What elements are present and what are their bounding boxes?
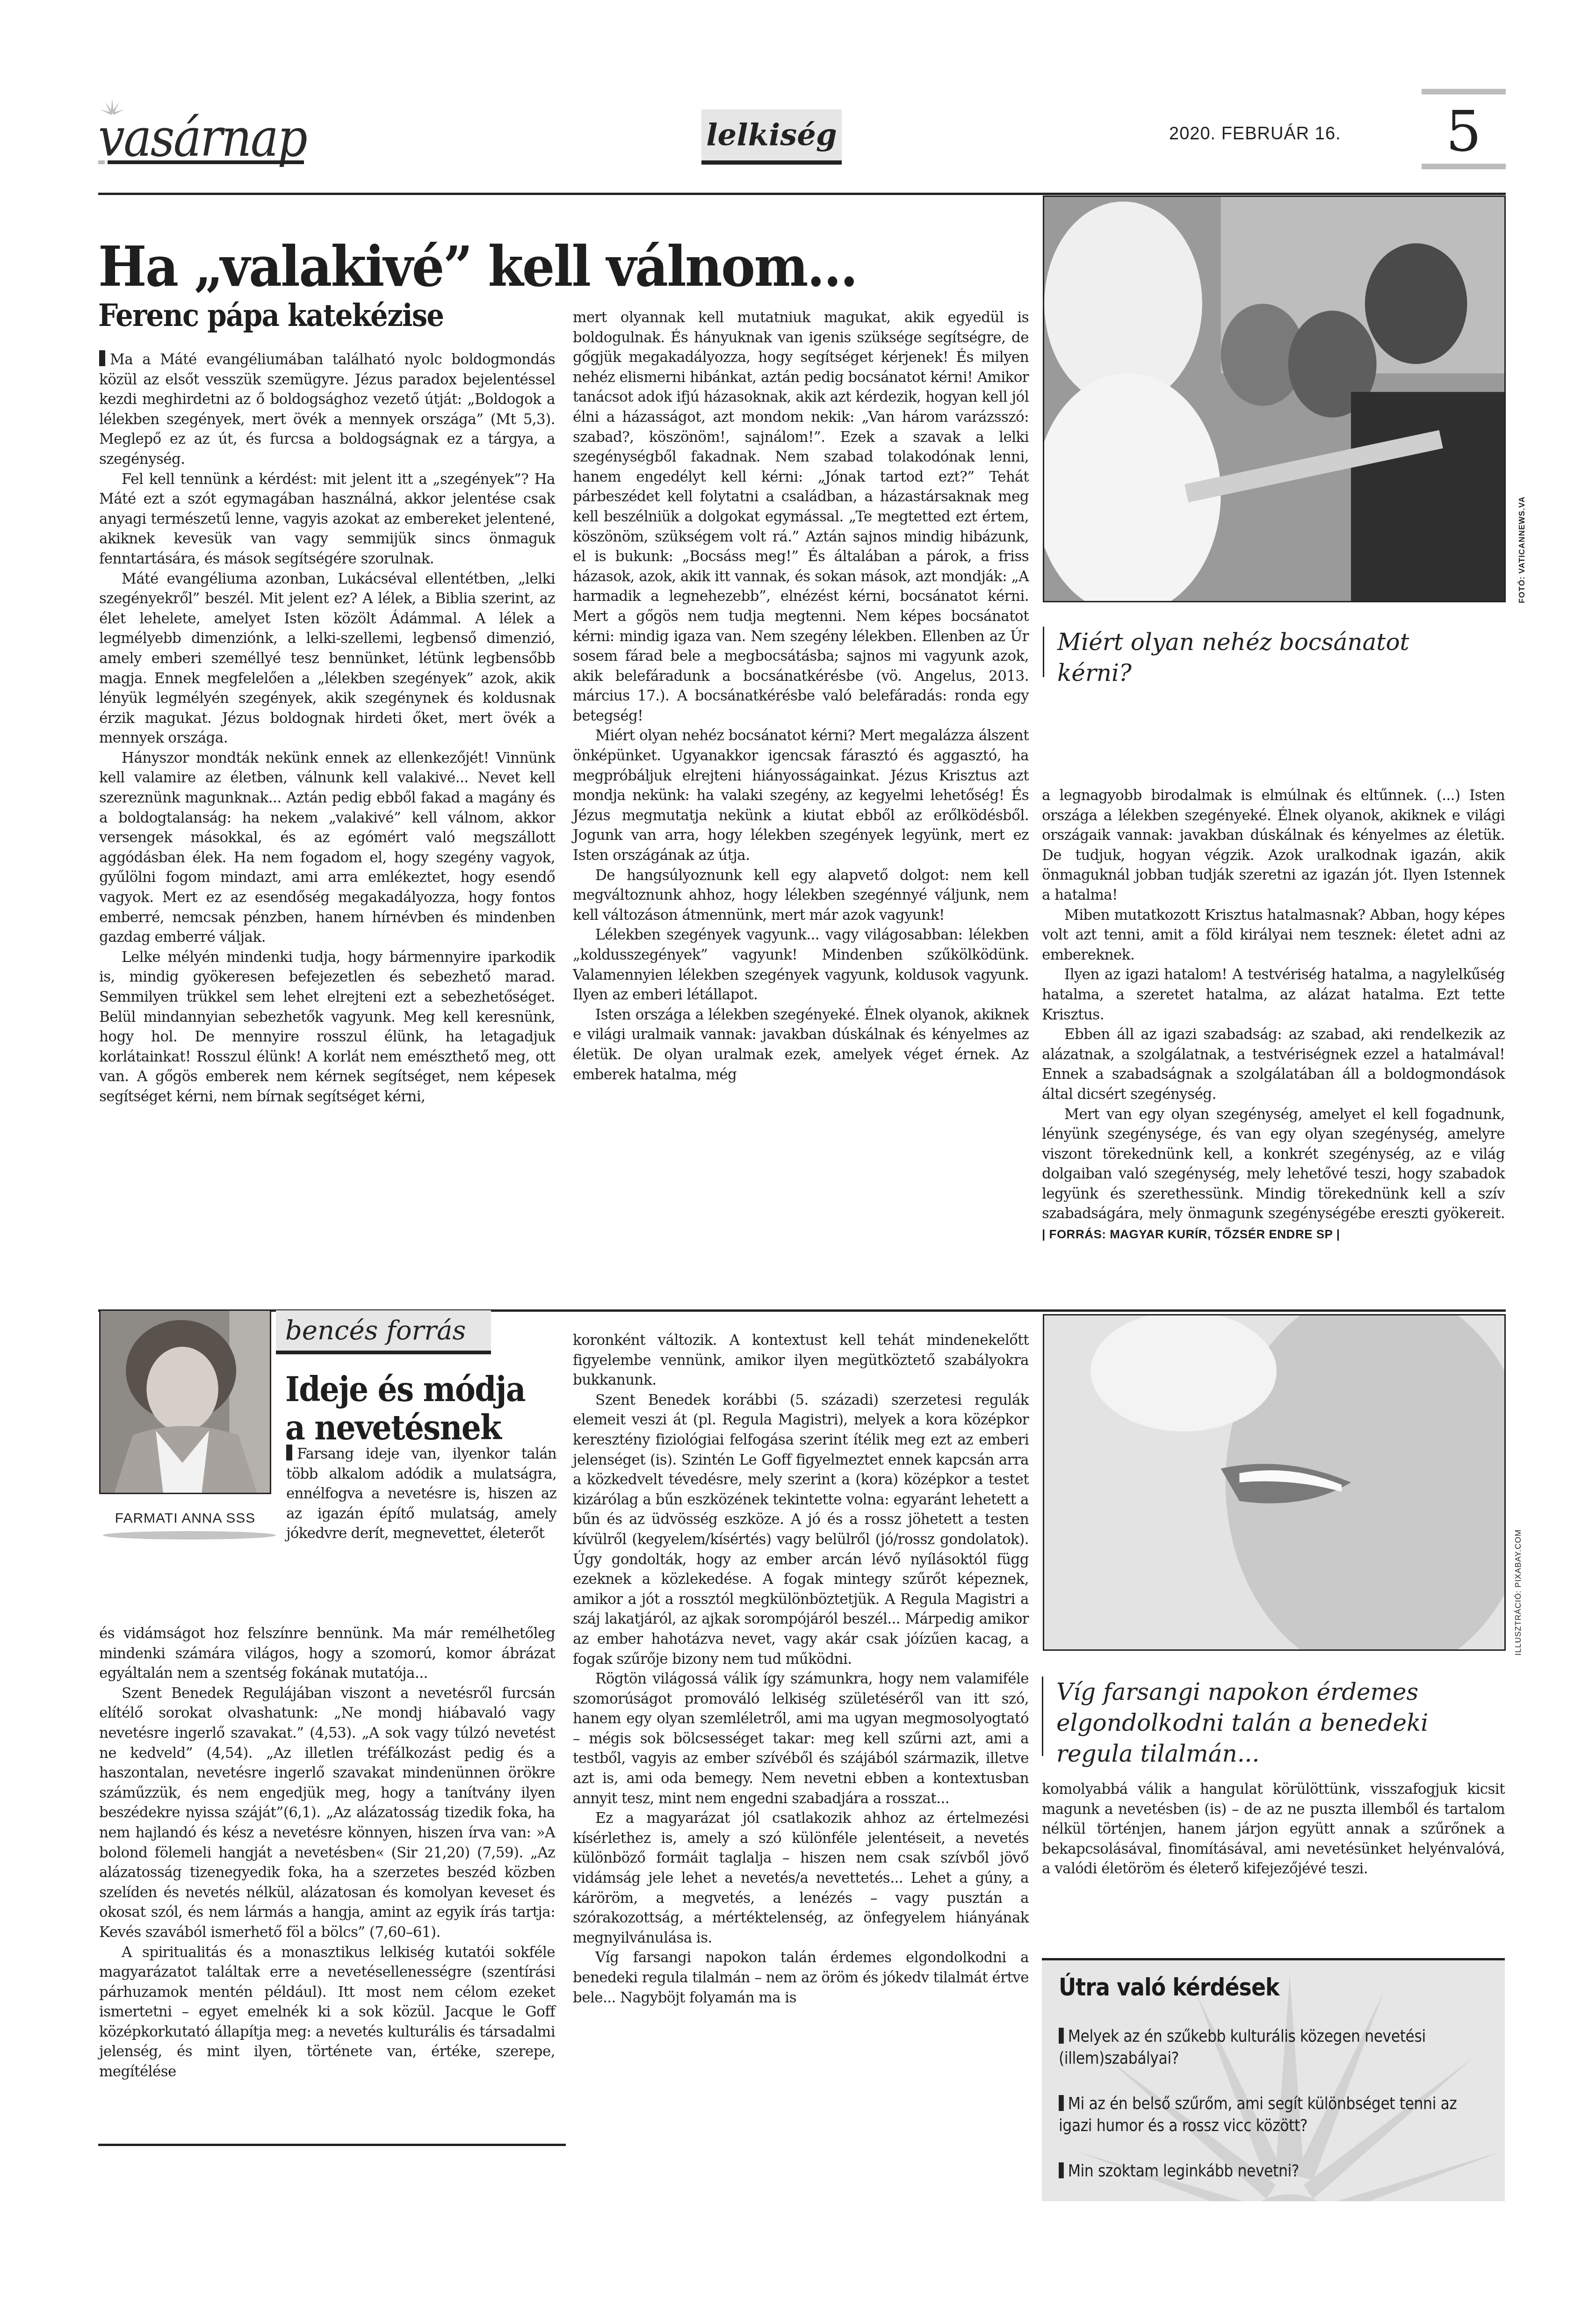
bullet-marker-icon xyxy=(1059,2028,1064,2044)
newspaper-logo: vasárnap xyxy=(98,98,351,164)
article-column-1: és vidámságot hoz felszínre bennünk. Ma … xyxy=(99,1624,555,2082)
question-item: Mi az én belső szűrőm, ami segít különbs… xyxy=(1059,2093,1488,2137)
article-column-2: mert olyannak kell mutatniuk magukat, ak… xyxy=(573,308,1029,1084)
author-byline: FARMATI ANNA SSS xyxy=(99,1511,271,1526)
illustration-photo xyxy=(1043,1314,1506,1651)
logo-underline xyxy=(108,160,304,164)
header-divider xyxy=(98,193,1506,195)
article-column-1: Ma a Máté evangéliumában található nyolc… xyxy=(99,350,555,1107)
lead-marker-icon xyxy=(99,350,105,366)
article-source: | FORRÁS: MAGYAR KURÍR, TŐZSÉR ENDRE SP … xyxy=(1042,1227,1340,1241)
paragraph: Szent Benedek Regulájában viszont a neve… xyxy=(99,1684,555,1943)
paragraph: Mert van egy olyan szegénység, amelyet e… xyxy=(1042,1105,1505,1244)
question-item: Melyek az én szűkebb kulturális közegen … xyxy=(1059,2026,1488,2070)
article-column-2: koronként változik. A kontextust kell te… xyxy=(573,1330,1029,2008)
paragraph: Ma a Máté evangéliumában található nyolc… xyxy=(99,350,555,470)
paragraph: Lelke mélyén mindenki tudja, hogy bármen… xyxy=(99,947,555,1107)
questions-box: Útra való kérdések Melyek az én szűkebb … xyxy=(1042,1958,1505,2201)
paragraph: Ebben áll az igazi szabadság: az szabad,… xyxy=(1042,1025,1505,1104)
section-label-text: lelkiség xyxy=(706,117,837,152)
article-column-3: komolyabbá válik a hangulat körülöttünk,… xyxy=(1042,1779,1505,1879)
paragraph: Máté evangéliuma azonban, Lukácséval ell… xyxy=(99,569,555,748)
article-headline: Ideje és módja a nevetésnek xyxy=(285,1370,526,1447)
pull-quote: Víg farsangi napokon érdemes elgondolkod… xyxy=(1042,1677,1463,1756)
logo-wordmark: vasárnap xyxy=(98,108,306,168)
paragraph: Miért olyan nehéz bocsánatot kérni? Mert… xyxy=(573,726,1029,865)
pull-quote: Miért olyan nehéz bocsánatot kérni? xyxy=(1043,627,1464,677)
article-subheadline: Ferenc pápa katekézise xyxy=(98,297,443,333)
photo-credit: FOTÓ: VATICANNEWS.VA xyxy=(1517,496,1527,603)
paragraph: De hangsúlyoznunk kell egy alapvető dolg… xyxy=(573,866,1029,925)
questions-list: Melyek az én szűkebb kulturális közegen … xyxy=(1059,2026,1489,2201)
paragraph: Farsang ideje van, ilyenkor talán több a… xyxy=(286,1444,556,1544)
paragraph: Lélekben szegények vagyunk... vagy világ… xyxy=(573,925,1029,1005)
paragraph: Víg farsangi napokon talán érdemes elgon… xyxy=(573,1948,1029,2008)
paragraph: komolyabbá válik a hangulat körülöttünk,… xyxy=(1042,1779,1505,1879)
page-number-bar-top xyxy=(1422,89,1506,94)
bullet-marker-icon xyxy=(1059,2095,1064,2111)
paragraph: a legnagyobb birodalmak is elmúlnak és e… xyxy=(1042,786,1505,905)
paragraph: Fel kell tennünk a kérdést: mit jelent i… xyxy=(99,470,555,569)
paragraph: Hányszor mondták nekünk ennek az ellenke… xyxy=(99,748,555,947)
paragraph: és vidámságot hoz felszínre bennünk. Ma … xyxy=(99,1624,555,1684)
questions-box-title: Útra való kérdések xyxy=(1059,1973,1279,2002)
logo-accent xyxy=(98,160,105,164)
article-lead: Farsang ideje van, ilyenkor talán több a… xyxy=(286,1444,556,1544)
pope-photo xyxy=(1043,195,1506,602)
photo-credit: ILLUSZTRÁCIÓ: PIXABAY.COM xyxy=(1514,1529,1523,1655)
page-number-bar-bottom xyxy=(1422,164,1506,169)
question-item: Min szoktam leginkább nevetni? xyxy=(1059,2161,1488,2183)
column-label-text: bencés forrás xyxy=(285,1315,466,1346)
paragraph: mert olyannak kell mutatniuk magukat, ak… xyxy=(573,308,1029,726)
paragraph: A spiritualitás és a monasztikus lelkisé… xyxy=(99,1943,555,2082)
article-column-3: a legnagyobb birodalmak is elmúlnak és e… xyxy=(1042,786,1505,1244)
paragraph: Isten országa a lélekben szegényeké. Éln… xyxy=(573,1005,1029,1084)
article-headline: Ha „valakivé” kell válnom... xyxy=(98,234,857,299)
author-photo xyxy=(99,1309,271,1494)
paragraph: Miben mutatkozott Krisztus hatalmasnak? … xyxy=(1042,905,1505,965)
section-label: lelkiség xyxy=(701,109,842,165)
paragraph: Ez a magyarázat jól csatlakozik ahhoz az… xyxy=(573,1808,1029,1948)
lead-marker-icon xyxy=(286,1445,292,1460)
smile-illustration-icon xyxy=(1044,1315,1504,1649)
paragraph: Rögtön világossá válik így számunkra, ho… xyxy=(573,1669,1029,1808)
byline-decoration xyxy=(103,1531,276,1539)
portrait-placeholder-icon xyxy=(101,1311,270,1493)
column-label: bencés forrás xyxy=(276,1310,491,1354)
bullet-marker-icon xyxy=(1059,2162,1064,2178)
issue-date: 2020. FEBRUÁR 16. xyxy=(1169,124,1341,144)
paragraph: Szent Benedek korábbi (5. századi) szerz… xyxy=(573,1390,1029,1669)
paragraph: koronként változik. A kontextust kell te… xyxy=(573,1330,1029,1390)
footer-divider xyxy=(98,2144,566,2146)
paragraph: Ilyen az igazi hatalom! A testvériség ha… xyxy=(1042,965,1505,1025)
photo-placeholder-icon xyxy=(1044,197,1504,601)
page-number: 5 xyxy=(1422,99,1506,165)
